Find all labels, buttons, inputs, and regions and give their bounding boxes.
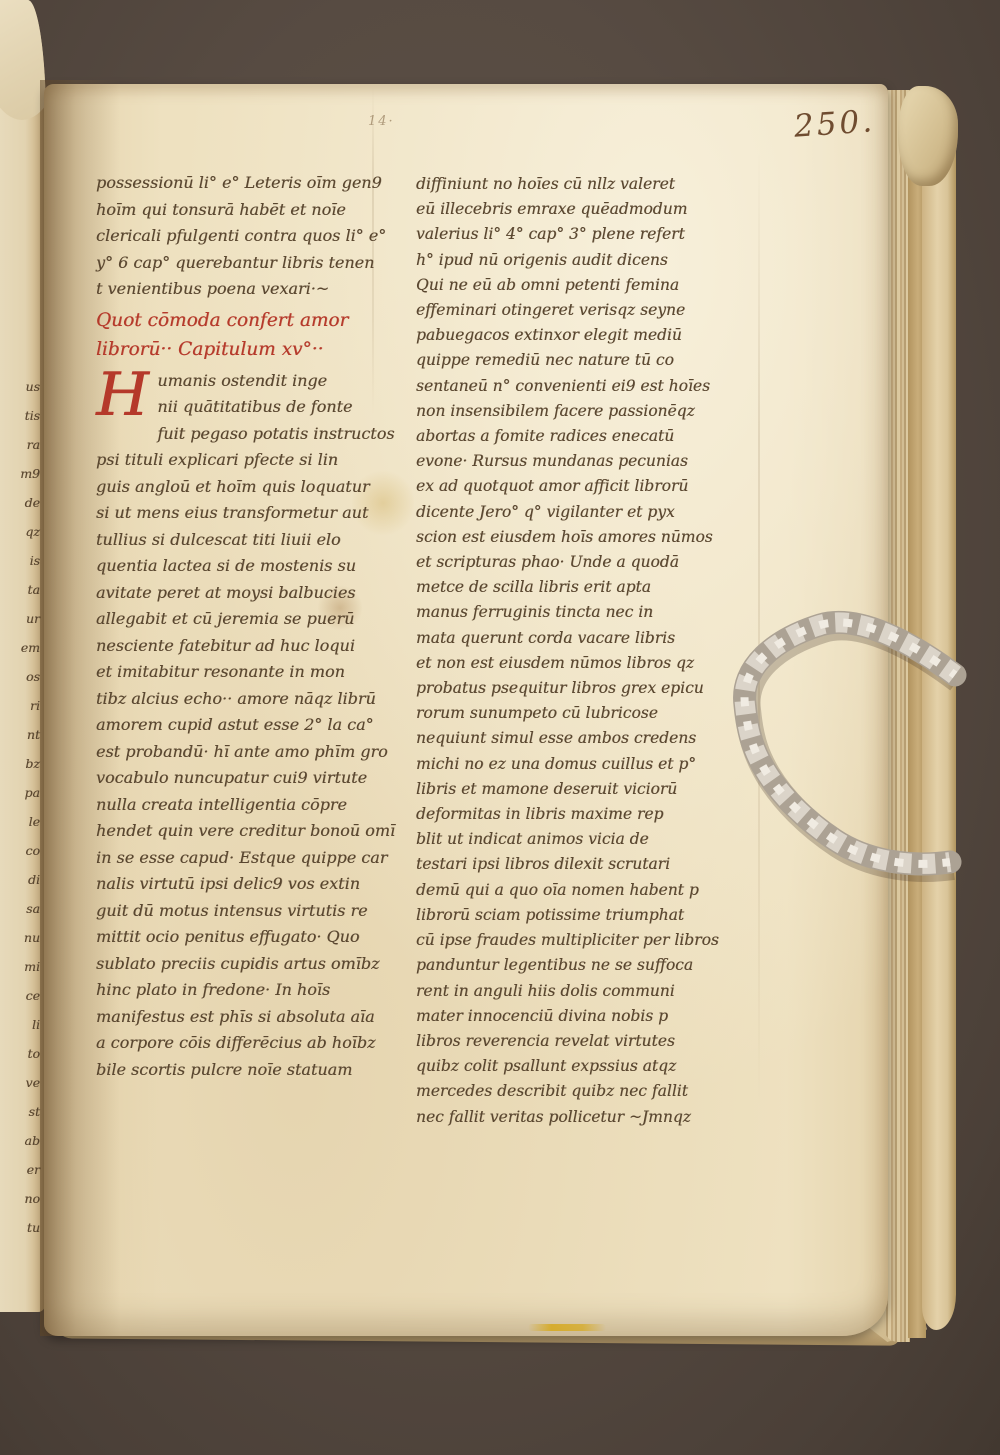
manuscript-line: pabuegacos extinxor elegit mediū [416,323,738,348]
manuscript-line: possessionū li° e° Leteris oīm gen9 [96,170,418,197]
facing-text-fragment: sa [0,894,40,923]
facing-text-fragment: us [0,372,40,401]
manuscript-line: nalis virtutū ipsi delic9 vos extin [96,871,418,898]
manuscript-line: dicente Jero° q° vigilanter et pyx [416,500,738,525]
manuscript-line: sublato preciis cupidis artus omībz [96,951,418,978]
manuscript-line: rorum sunumpeto cū lubricose [416,701,738,726]
facing-text-fragment: nt [0,720,40,749]
manuscript-line: amorem cupid astut esse 2° la ca° [96,712,418,739]
facing-text-fragment: li [0,1010,40,1039]
facing-text-fragment: le [0,807,40,836]
backdrop: ustisram9deqzistauremosrintbzpalecodisan… [0,0,1000,1455]
manuscript-line: mittit ocio penitus effugato· Quo [96,924,418,951]
manuscript-line: metce de scilla libris erit apta [416,575,738,600]
facing-text-fragment: em [0,633,40,662]
fabric-bookmark-loop [710,575,970,905]
manuscript-line: rent in anguli hiis dolis communi [416,979,738,1004]
manuscript-line: hoīm qui tonsurā habēt et noīe [96,197,418,224]
facing-text-fragment: ve [0,1068,40,1097]
facing-text-fragment: ab [0,1126,40,1155]
left-intro-lines: possessionū li° e° Leteris oīm gen9hoīm … [96,170,418,303]
manuscript-line: hendet quin vere creditur bonoū omī [96,818,418,845]
facing-text-fragment: nu [0,923,40,952]
manuscript-line: quippe remediū nec nature tū co [416,348,738,373]
manuscript-line: nec fallit veritas pollicetur ~Jmnqz [416,1105,738,1130]
manuscript-line: et scripturas phao· Unde a quodā [416,550,738,575]
manuscript-line: allegabit et cū jeremia se puerū [96,606,418,633]
manuscript-line: guis angloū et hoīm quis loquatur [96,474,418,501]
manuscript-line: a corpore cōis differēcius ab hoībz [96,1030,418,1057]
manuscript-line: vocabulo nuncupatur cui9 virtute [96,765,418,792]
manuscript-line: bile scortis pulcre noīe statuam [96,1057,418,1084]
manuscript-line: demū qui a quo oīa nomen habent p [416,878,738,903]
facing-text-fragment: ur [0,604,40,633]
manuscript-line: nulla creata intelligentia cōpre [96,792,418,819]
manuscript-line: mata querunt corda vacare libris [416,626,738,651]
rubric-line: librorū·· Capitulum xv°·· [96,335,418,364]
facing-page-edge: ustisram9deqzistauremosrintbzpalecodisan… [0,0,46,1312]
manuscript-line: quentia lactea si de mostenis su [96,553,418,580]
manuscript-line: cū ipse fraudes multipliciter per libros [416,928,738,953]
manuscript-line: diffiniunt no hoīes cū nllz valeret [416,172,738,197]
facing-text-fragment: ri [0,691,40,720]
manuscript-line: non insensibilem facere passionēqz [416,399,738,424]
manuscript-line: et imitabitur resonante in mon [96,659,418,686]
manuscript-line: y° 6 cap° querebantur libris tenen [96,250,418,277]
manuscript-line: panduntur legentibus ne se suffoca [416,953,738,978]
facing-page-text-fragments: ustisram9deqzistauremosrintbzpalecodisan… [0,372,40,1242]
manuscript-line: manus ferruginis tincta nec in [416,600,738,625]
facing-text-fragment: is [0,546,40,575]
manuscript-line: manifestus est phīs si absoluta aīa [96,1004,418,1031]
facing-text-fragment: qz [0,517,40,546]
facing-text-fragment: tu [0,1213,40,1242]
facing-text-fragment: st [0,1097,40,1126]
manuscript-line: clericali pfulgenti contra quos li° e° [96,223,418,250]
manuscript-line: evone· Rursus mundanas pecunias [416,449,738,474]
facing-text-fragment: os [0,662,40,691]
decorated-initial-H: H [96,370,148,422]
manuscript-line: nequiunt simul esse ambos credens [416,726,738,751]
manuscript-line: libris et mamone deseruit viciorū [416,777,738,802]
chapter-rubric: Quot cōmoda confert amor librorū·· Capit… [96,306,418,364]
manuscript-line: eū illecebris emraxe quēadmodum [416,197,738,222]
facing-text-fragment: tis [0,401,40,430]
manuscript-line: quibz colit psallunt expssius atqz [416,1054,738,1079]
manuscript-line: t venientibus poena vexari·~ [96,276,418,303]
facing-text-fragment: ra [0,430,40,459]
manuscript-line: ex ad quotquot amor afficit librorū [416,474,738,499]
manuscript-line: scion est eiusdem hoīs amores nūmos [416,525,738,550]
manuscript-line: sentaneū n° convenienti ei9 est hoīes [416,374,738,399]
manuscript-line: mercedes describit quibz nec fallit [416,1079,738,1104]
manuscript-line: guit dū motus intensus virtutis re [96,898,418,925]
facing-text-fragment: ta [0,575,40,604]
manuscript-line: tullius si dulcescat titi liuii elo [96,527,418,554]
text-column-left: possessionū li° e° Leteris oīm gen9hoīm … [96,170,418,1083]
manuscript-line: nesciente fatebitur ad huc loqui [96,633,418,660]
manuscript-line: h° ipud nū origenis audit dicens [416,248,738,273]
manuscript-line: valerius li° 4° cap° 3° plene refert [416,222,738,247]
manuscript-line: avitate peret at moysi balbucies [96,580,418,607]
manuscript-line: mater innocenciū divina nobis p [416,1004,738,1029]
facing-text-fragment: di [0,865,40,894]
facing-text-fragment: de [0,488,40,517]
manuscript-line: abortas a fomite radices enecatū [416,424,738,449]
manuscript-line: Qui ne eū ab omni petenti femina [416,273,738,298]
facing-page-top-leaf [0,0,46,120]
manuscript-line: testari ipsi libros dilexit scrutari [416,852,738,877]
manuscript-line: hinc plato in fredone· In hoīs [96,977,418,1004]
manuscript-line: librorū sciam potissime triumphat [416,903,738,928]
facing-text-fragment: no [0,1184,40,1213]
manuscript-line: deformitas in libris maxime rep [416,802,738,827]
manuscript-line: libros reverencia revelat virtutes [416,1029,738,1054]
faint-foliation-number: 14· [368,114,395,129]
manuscript-line: effeminari otingeret verisqz seyne [416,298,738,323]
manuscript-line: et non est eiusdem nūmos libros qz [416,651,738,676]
facing-text-fragment: ce [0,981,40,1010]
facing-text-fragment: to [0,1039,40,1068]
facing-text-fragment: pa [0,778,40,807]
text-column-right: diffiniunt no hoīes cū nllz valereteū il… [416,172,738,1130]
facing-text-fragment: er [0,1155,40,1184]
left-body-lines: H umanis ostendit ingenii quātitatibus d… [96,368,418,1084]
manuscript-line: michi no ez una domus cuillus et p° [416,752,738,777]
page-number: 250. [793,103,876,145]
manuscript-line: probatus psequitur libros grex epicu [416,676,738,701]
manuscript-line: psi tituli explicari pfecte si lin [96,447,418,474]
manuscript-line: in se esse capud· Estque quippe car [96,845,418,872]
manuscript-line: est probandū· hī ante amo phīm gro [96,739,418,766]
manuscript-line: tibz alcius echo·· amore nāqz librū [96,686,418,713]
facing-text-fragment: m9 [0,459,40,488]
manuscript-line: blit ut indicat animos vicia de [416,827,738,852]
facing-text-fragment: mi [0,952,40,981]
facing-text-fragment: bz [0,749,40,778]
manuscript-line: si ut mens eius transformetur aut [96,500,418,527]
rubric-line: Quot cōmoda confert amor [96,306,418,335]
facing-text-fragment: co [0,836,40,865]
